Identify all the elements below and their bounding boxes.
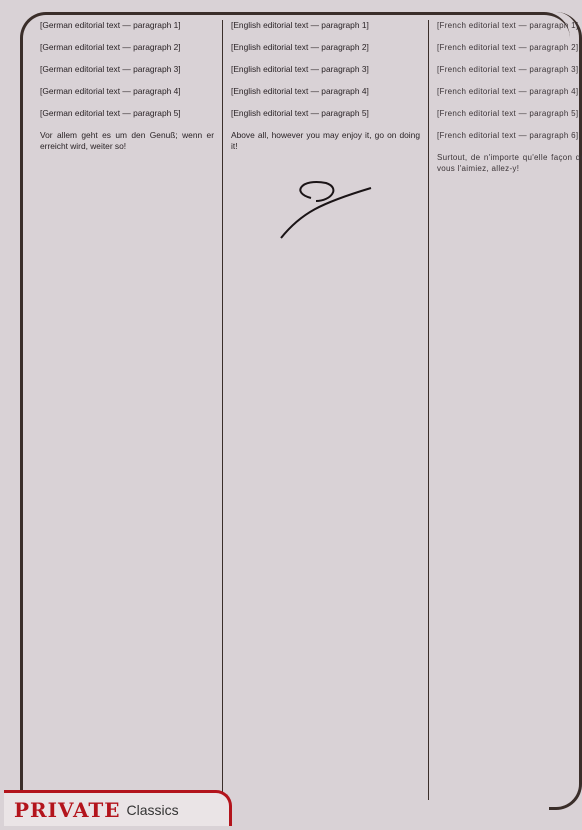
paragraph: [German editorial text — paragraph 4] — [40, 86, 214, 97]
paragraph: [French editorial text — paragraph 5] — [437, 108, 582, 119]
brand-logo: PRIVATE Classics — [4, 790, 232, 826]
closing-line: Above all, however you may enjoy it, go … — [231, 130, 420, 152]
text-columns: [German editorial text — paragraph 1] [G… — [32, 20, 570, 800]
page-frame: [German editorial text — paragraph 1] [G… — [20, 12, 570, 800]
paragraph: [German editorial text — paragraph 2] — [40, 42, 214, 53]
paragraph: [French editorial text — paragraph 2] — [437, 42, 582, 53]
paragraph: [French editorial text — paragraph 4] — [437, 86, 582, 97]
paragraph: [French editorial text — paragraph 1] — [437, 20, 582, 31]
column-english: [English editorial text — paragraph 1] [… — [222, 20, 428, 800]
paragraph: [English editorial text — paragraph 4] — [231, 86, 420, 97]
column-german: [German editorial text — paragraph 1] [G… — [32, 20, 222, 800]
paragraph: [English editorial text — paragraph 2] — [231, 42, 420, 53]
paragraph: [German editorial text — paragraph 1] — [40, 20, 214, 31]
signature-icon — [271, 173, 391, 243]
paragraph: [English editorial text — paragraph 3] — [231, 64, 420, 75]
paragraph: [English editorial text — paragraph 1] — [231, 20, 420, 31]
logo-brand: PRIVATE — [14, 798, 121, 822]
paragraph: [German editorial text — paragraph 5] — [40, 108, 214, 119]
paragraph: [German editorial text — paragraph 3] — [40, 64, 214, 75]
closing-line: Surtout, de n'importe qu'elle façon que … — [437, 152, 582, 174]
paragraph: [French editorial text — paragraph 6] — [437, 130, 582, 141]
closing-line: Vor allem geht es um den Genuß; wenn er … — [40, 130, 214, 152]
paragraph: [English editorial text — paragraph 5] — [231, 108, 420, 119]
paragraph: [French editorial text — paragraph 3] — [437, 64, 582, 75]
column-french: [French editorial text — paragraph 1] [F… — [428, 20, 582, 800]
logo-sub: Classics — [127, 802, 179, 818]
